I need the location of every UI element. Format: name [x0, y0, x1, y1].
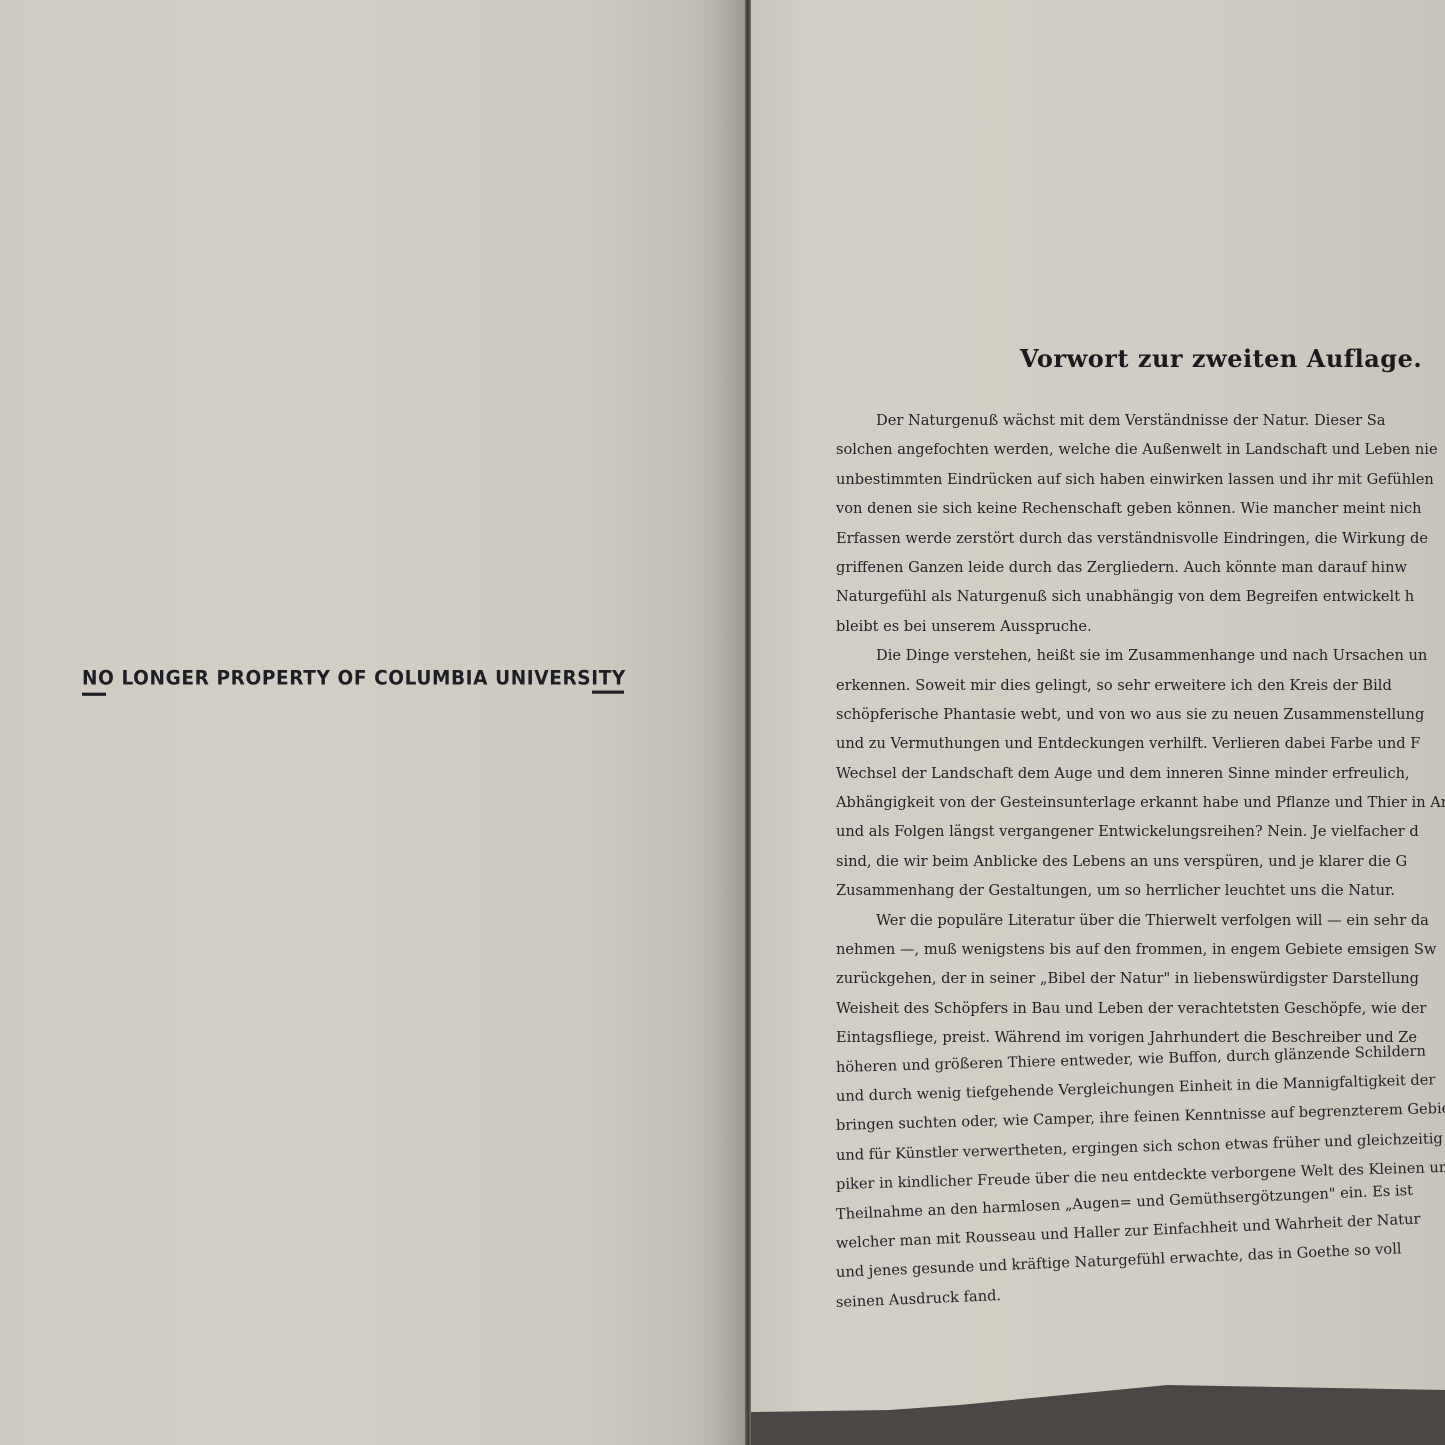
- text-line: Abhängigkeit von der Gesteinsunterlage e…: [836, 788, 1445, 817]
- text-line: Naturgefühl als Naturgenuß sich unabhäng…: [836, 582, 1445, 611]
- text-line: von denen sie sich keine Rechenschaft ge…: [836, 494, 1445, 523]
- library-discard-stamp: NO LONGER PROPERTY OF COLUMBIA UNIVERSIT…: [82, 667, 626, 689]
- text-line: Weisheit des Schöpfers in Bau und Leben …: [836, 994, 1445, 1023]
- text-line: Der Naturgenuß wächst mit dem Verständni…: [836, 406, 1445, 435]
- text-line: sind, die wir beim Anblicke des Lebens a…: [836, 847, 1445, 876]
- text-line: Zusammenhang der Gestaltungen, um so her…: [836, 876, 1445, 905]
- text-line: nehmen —, muß wenigstens bis auf den fro…: [836, 935, 1445, 964]
- text-line: griffenen Ganzen leide durch das Zerglie…: [836, 553, 1445, 582]
- left-page: NO LONGER PROPERTY OF COLUMBIA UNIVERSIT…: [0, 0, 745, 1445]
- text-line: schöpferische Phantasie webt, und von wo…: [836, 700, 1445, 729]
- text-line: Erfassen werde zerstört durch das verstä…: [836, 524, 1445, 553]
- book-gutter: [745, 0, 751, 1445]
- text-line: und zu Vermuthungen und Entdeckungen ver…: [836, 729, 1445, 758]
- stamp-underline-right: [592, 691, 624, 694]
- preface-body: Der Naturgenuß wächst mit dem Verständni…: [836, 406, 1445, 1317]
- text-line: Wechsel der Landschaft dem Auge und dem …: [836, 759, 1445, 788]
- text-line: erkennen. Soweit mir dies gelingt, so se…: [836, 671, 1445, 700]
- text-line: Wer die populäre Literatur über die Thie…: [836, 906, 1445, 935]
- text-line: unbestimmten Eindrücken auf sich haben e…: [836, 465, 1445, 494]
- text-line: und als Folgen längst vergangener Entwic…: [836, 817, 1445, 846]
- text-line: Die Dinge verstehen, heißt sie im Zusamm…: [836, 641, 1445, 670]
- text-line: solchen angefochten werden, welche die A…: [836, 435, 1445, 464]
- text-line: bleibt es bei unserem Ausspruche.: [836, 612, 1445, 641]
- stamp-underline-left: [82, 693, 106, 696]
- preface-title: Vorwort zur zweiten Auflage.: [1020, 344, 1400, 373]
- stamp-text: NO LONGER PROPERTY OF COLUMBIA UNIVERSIT…: [82, 667, 626, 689]
- open-book: NO LONGER PROPERTY OF COLUMBIA UNIVERSIT…: [0, 0, 1445, 1445]
- text-line: zurückgehen, der in seiner „Bibel der Na…: [836, 964, 1445, 993]
